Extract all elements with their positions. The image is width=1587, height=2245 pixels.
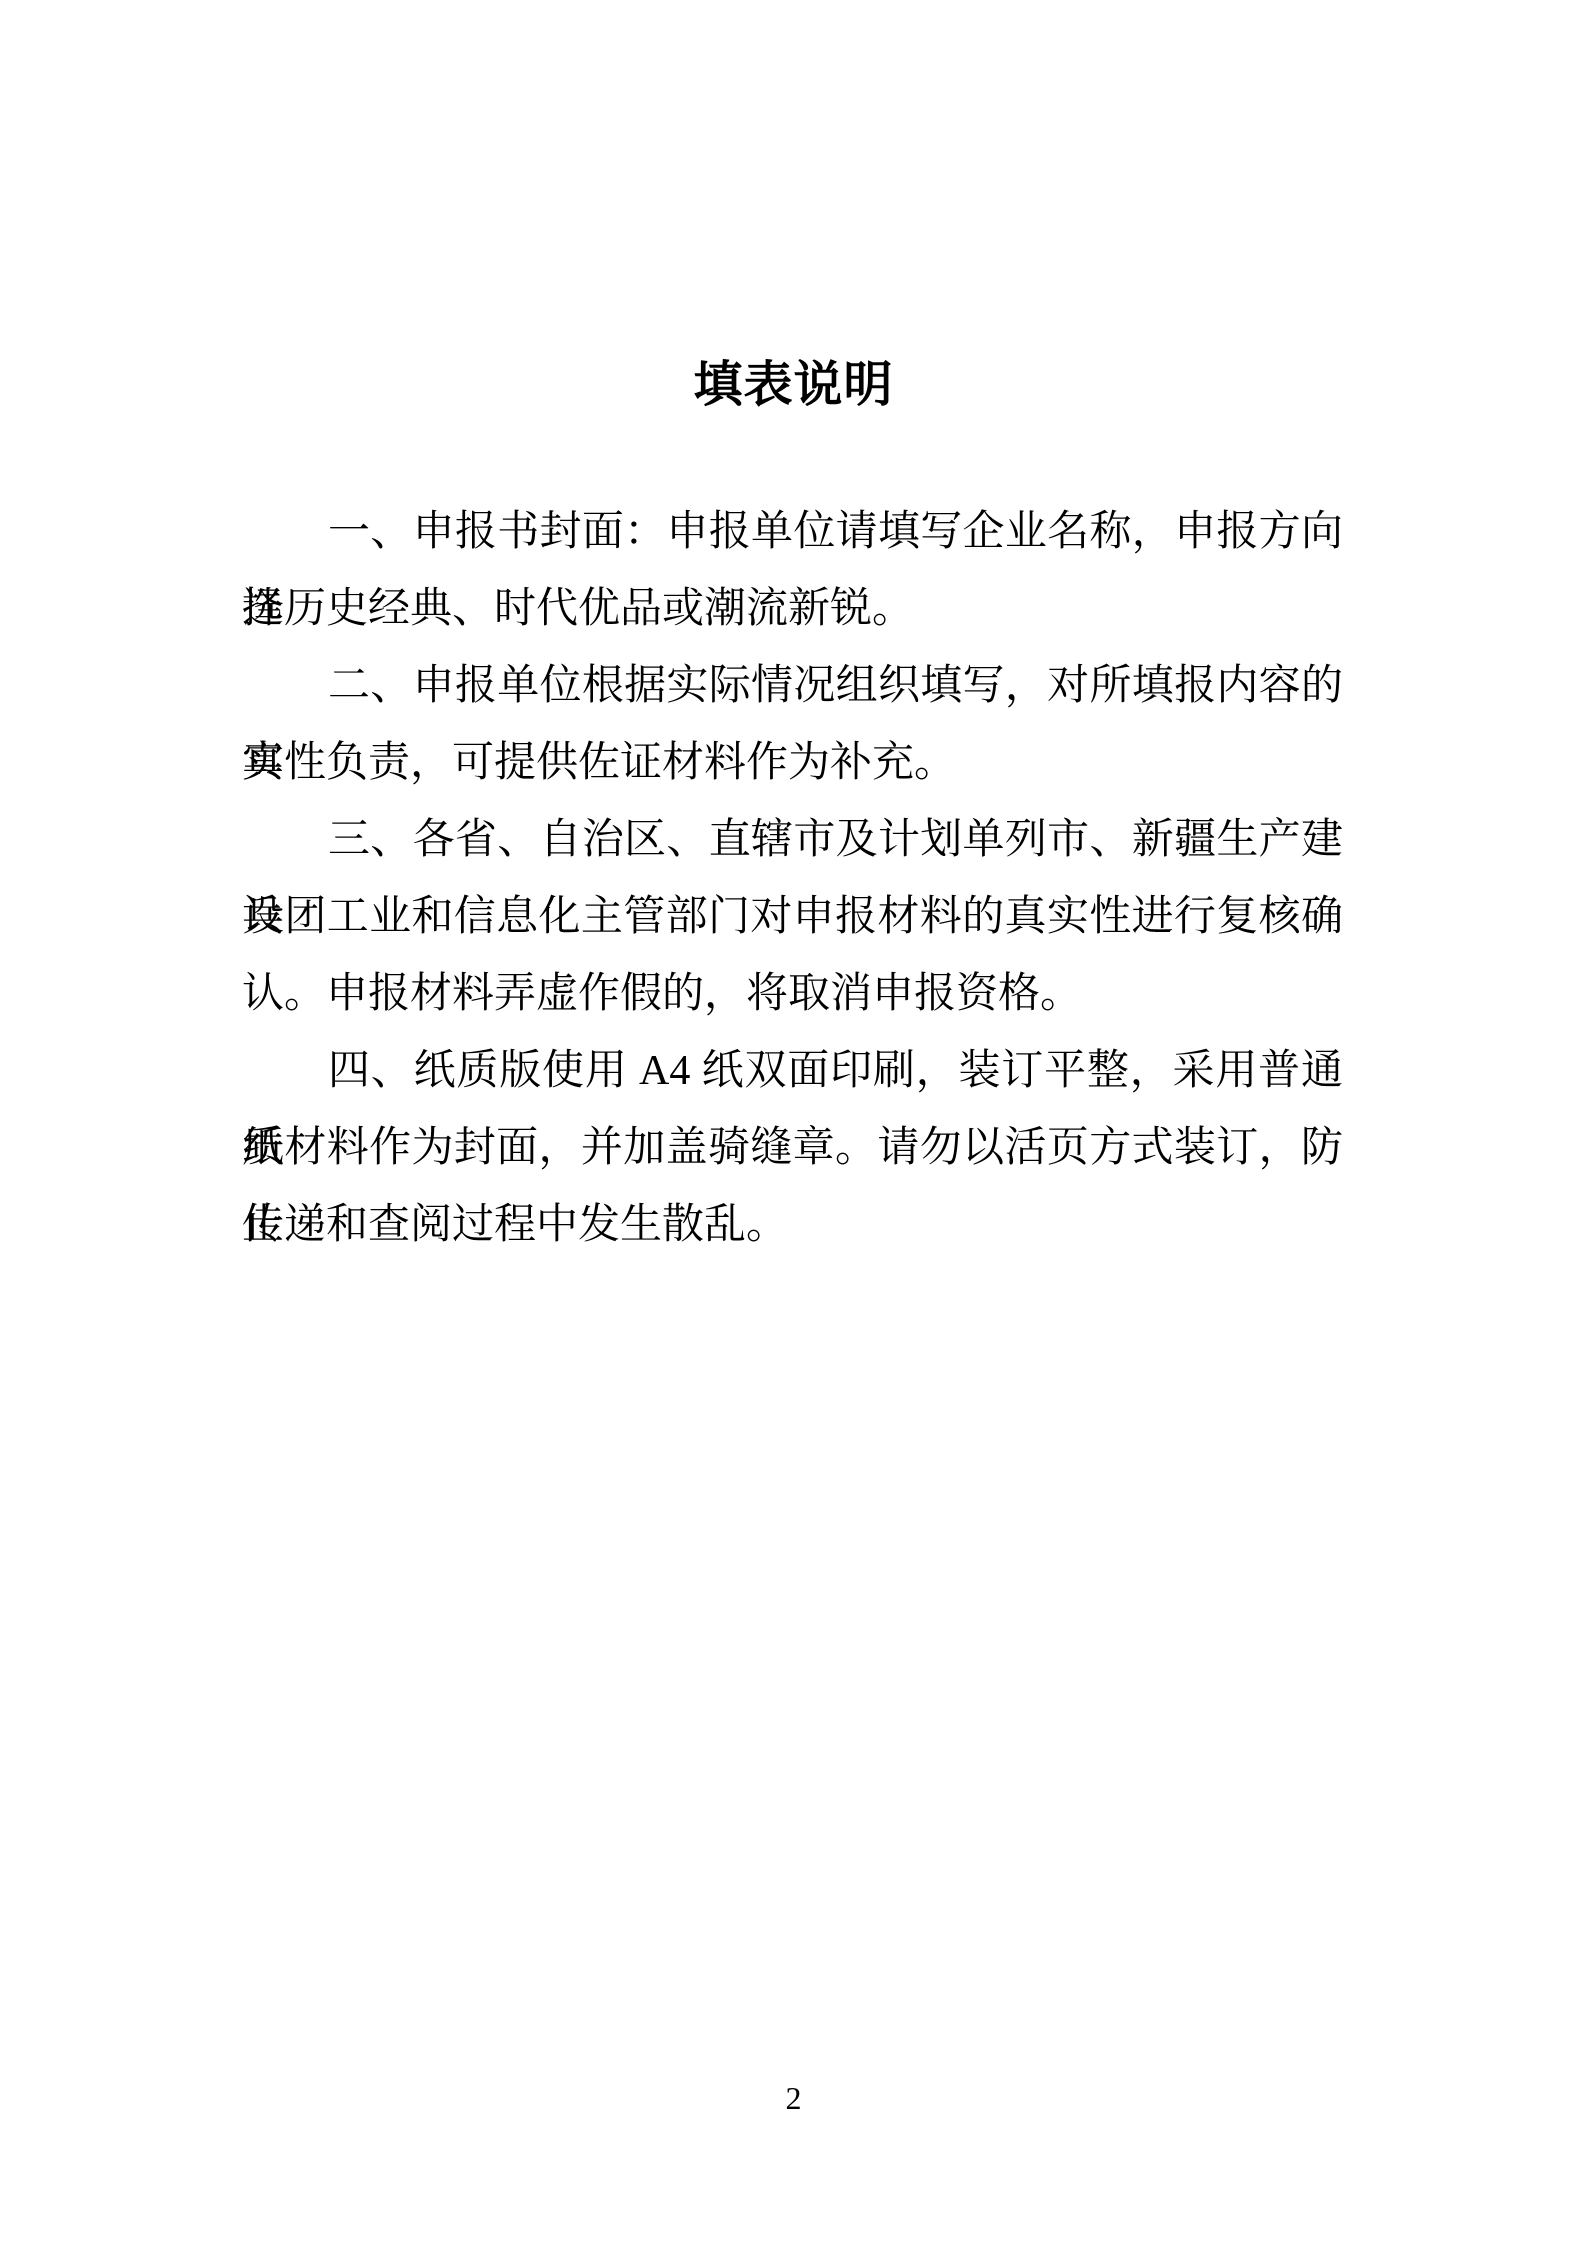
paragraph-3-line-1: 三、各省、自治区、直辖市及计划单列市、新疆生产建设 [242,802,1343,879]
page-title: 填表说明 [0,356,1587,414]
paragraph-2-line-2: 实性负责，可提供佐证材料作为补充。 [242,725,1343,802]
document-body: 一、申报书封面：申报单位请填写企业名称，申报方向选 择历史经典、时代优品或潮流新… [242,494,1343,1264]
paragraph-4-line-1: 四、纸质版使用 A4 纸双面印刷，装订平整，采用普通纸 [242,1033,1343,1110]
paragraph-4-line-2: 质材料作为封面，并加盖骑缝章。请勿以活页方式装订，防止 [242,1110,1343,1187]
paragraph-3-line-3: 认。申报材料弄虚作假的，将取消申报资格。 [242,956,1343,1033]
paragraph-3-line-2: 兵团工业和信息化主管部门对申报材料的真实性进行复核确 [242,879,1343,956]
paragraph-2-line-1: 二、申报单位根据实际情况组织填写，对所填报内容的真 [242,648,1343,725]
paragraph-1-line-2: 择历史经典、时代优品或潮流新锐。 [242,571,1343,648]
paragraph-4-line-3: 传递和查阅过程中发生散乱。 [242,1187,1343,1264]
page-number: 2 [0,2078,1587,2118]
paragraph-1-line-1: 一、申报书封面：申报单位请填写企业名称，申报方向选 [242,494,1343,571]
document-page: 填表说明 一、申报书封面：申报单位请填写企业名称，申报方向选 择历史经典、时代优… [0,0,1587,2245]
